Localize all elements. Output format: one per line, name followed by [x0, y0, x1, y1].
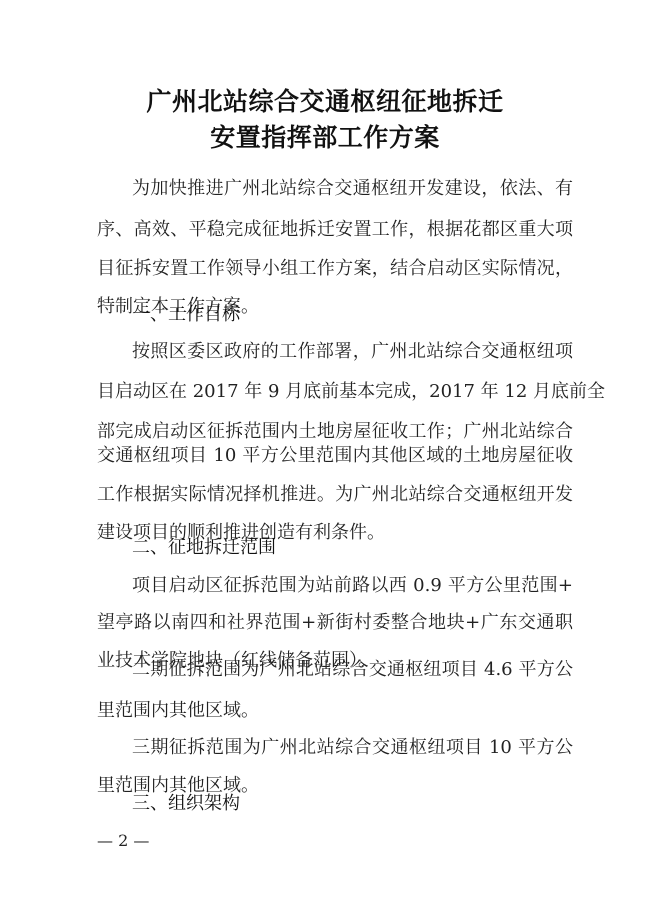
goals-line-1: 按照区委区政府的工作部署，广州北站综合交通枢纽项	[132, 341, 573, 363]
intro-line-3: 目征拆安置工作领导小组工作方案，结合启动区实际情况，	[97, 258, 573, 280]
document-title-line-1: 广州北站综合交通枢纽征地拆迁	[0, 82, 650, 118]
scope-phase3-line-1: 三期征拆范围为广州北站综合交通枢纽项目 10 平方公	[132, 737, 573, 759]
intro-line-1: 为加快推进广州北站综合交通枢纽开发建设，依法、有	[132, 178, 573, 200]
page-number: — 2 —	[97, 831, 149, 850]
document-title-line-2: 安置指挥部工作方案	[0, 118, 650, 154]
scope-line-2: 望亭路以南四和社界范围+新街村委整合地块+广东交通职	[97, 612, 573, 634]
scope-line-1: 项目启动区征拆范围为站前路以西 0.9 平方公里范围+	[132, 575, 573, 597]
scope-phase2-line-2: 里范围内其他区域。	[97, 700, 573, 722]
goals-line-2: 目启动区在 2017 年 9 月底前基本完成，2017 年 12 月底前全	[97, 381, 573, 403]
goals-line-4: 交通枢纽项目 10 平方公里范围内其他区域的土地房屋征收	[97, 445, 573, 467]
section-heading-work-goals: 一、工作目标	[132, 304, 240, 326]
intro-line-2: 序、高效、平稳完成征地拆迁安置工作，根据花都区重大项	[97, 219, 573, 241]
scope-phase2-line-1: 二期征拆范围为广州北站综合交通枢纽项目 4.6 平方公	[132, 659, 573, 681]
section-heading-demolition-scope: 二、征地拆迁范围	[132, 537, 276, 559]
document-page: 广州北站综合交通枢纽征地拆迁 安置指挥部工作方案 为加快推进广州北站综合交通枢纽…	[0, 0, 650, 919]
section-heading-organization: 三、组织架构	[132, 793, 240, 815]
goals-line-5: 工作根据实际情况择机推进。为广州北站综合交通枢纽开发	[97, 484, 573, 506]
goals-line-3: 部完成启动区征拆范围内土地房屋征收工作；广州北站综合	[97, 421, 573, 443]
